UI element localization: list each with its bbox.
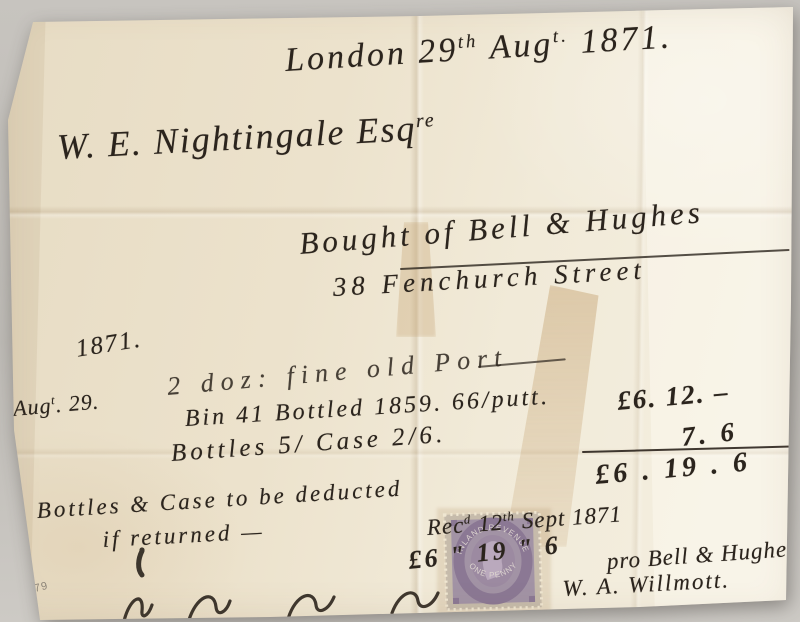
date-day-suffix: th [457, 31, 479, 53]
received-word: Rec [426, 512, 465, 540]
date-month: Aug [478, 26, 555, 67]
vertical-fold-crease [410, 0, 424, 622]
entry-day: . 29. [55, 388, 101, 417]
addressee-name: W. E. Nightingale Esq [56, 108, 417, 167]
stamp-corner-ornament [529, 596, 535, 602]
date-line: London 29th Augt. 1871. [284, 18, 673, 80]
addressee-suffix: re [415, 109, 436, 132]
addressee-line: W. E. Nightingale Esqre [56, 106, 437, 168]
date-year: 1871. [568, 18, 673, 61]
deduction-note-line-1: Bottles & Case to be deducted [36, 476, 403, 524]
document-paper: INLAND REVENUE ONE PENNY London 29th Aug… [0, 0, 800, 622]
received-day: 12 [471, 510, 504, 537]
year-heading: 1871. [74, 326, 144, 364]
photo-background: INLAND REVENUE ONE PENNY London 29th Aug… [0, 0, 800, 622]
received-month-year: Sept 1871 [514, 501, 623, 533]
partial-handwriting-strokes [110, 545, 470, 622]
entry-month: Aug [12, 393, 52, 421]
pencil-note: 279 [26, 580, 50, 597]
seller-address-line: 38 Fenchurch Street [332, 255, 647, 303]
date-month-suffix: t. [552, 25, 569, 47]
paper-shadow-wrap: INLAND REVENUE ONE PENNY London 29th Aug… [0, 0, 800, 622]
date-city-day: London 29 [284, 31, 459, 79]
bought-of-line: Bought of Bell & Hughes [298, 194, 705, 262]
